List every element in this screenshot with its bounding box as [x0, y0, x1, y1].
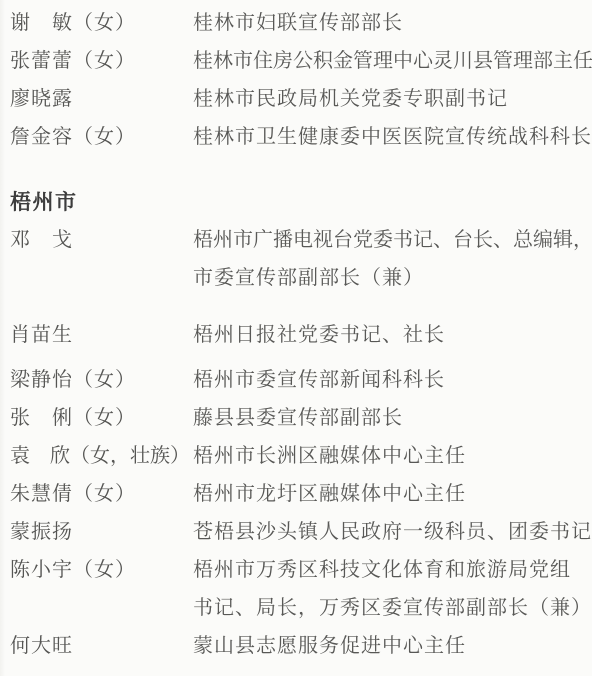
position-line: 梧州市委宣传部新闻科科长	[193, 361, 592, 399]
position-line: 桂林市住房公积金管理中心灵川县管理部主任	[193, 42, 592, 80]
entry-row: 袁 欣（女，壮族） 梧州市长洲区融媒体中心主任	[10, 437, 592, 475]
entry-name: 梁静怡（女）	[10, 361, 193, 399]
entry-position: 梧州市龙圩区融媒体中心主任	[193, 475, 592, 513]
entry-position: 梧州市广播电视台党委书记、台长、总编辑， 市委宣传部副部长（兼）	[193, 221, 592, 297]
entry-name: 詹金容（女）	[10, 118, 193, 156]
entry-row: 肖苗生 梧州日报社党委书记、社长	[10, 316, 592, 354]
position-line: 书记、局长，万秀区委宣传部副部长（兼）	[193, 589, 592, 627]
entry-name: 何大旺	[10, 627, 193, 665]
entry-position: 蒙山县志愿服务促进中心主任	[193, 627, 592, 665]
entry-row: 詹金容（女） 桂林市卫生健康委中医医院宣传统战科科长	[10, 118, 592, 156]
entry-name: 朱慧倩（女）	[10, 475, 193, 513]
position-line: 梧州市长洲区融媒体中心主任	[193, 437, 592, 475]
entry-name: 陈小宇（女）	[10, 551, 193, 589]
entry-row: 谢 敏（女） 桂林市妇联宣传部部长	[10, 4, 592, 42]
entry-position: 桂林市民政局机关党委专职副书记	[193, 80, 592, 118]
entry-row: 蒙振扬 苍梧县沙头镇人民政府一级科员、团委书记	[10, 513, 592, 551]
entry-name: 廖晓露	[10, 80, 193, 118]
position-line: 梧州日报社党委书记、社长	[193, 316, 592, 354]
entry-name: 蒙振扬	[10, 513, 193, 551]
entry-row: 梁静怡（女） 梧州市委宣传部新闻科科长	[10, 361, 592, 399]
position-line: 苍梧县沙头镇人民政府一级科员、团委书记	[193, 513, 592, 551]
entry-position: 苍梧县沙头镇人民政府一级科员、团委书记	[193, 513, 592, 551]
entry-row: 何大旺 蒙山县志愿服务促进中心主任	[10, 627, 592, 665]
entry-position: 桂林市住房公积金管理中心灵川县管理部主任	[193, 42, 592, 80]
entry-name: 张蕾蕾（女）	[10, 42, 193, 80]
entry-position: 梧州市长洲区融媒体中心主任	[193, 437, 592, 475]
position-line: 桂林市妇联宣传部部长	[193, 4, 592, 42]
entry-position: 桂林市妇联宣传部部长	[193, 4, 592, 42]
entry-name: 谢 敏（女）	[10, 4, 193, 42]
section-header-wuzhou: 梧州市	[10, 183, 592, 221]
position-line: 梧州市龙圩区融媒体中心主任	[193, 475, 592, 513]
position-line: 桂林市卫生健康委中医医院宣传统战科科长	[193, 118, 592, 156]
entry-name: 邓 戈	[10, 221, 193, 259]
entry-position: 梧州市委宣传部新闻科科长	[193, 361, 592, 399]
position-line: 蒙山县志愿服务促进中心主任	[193, 627, 592, 665]
entry-position: 梧州市万秀区科技文化体育和旅游局党组 书记、局长，万秀区委宣传部副部长（兼）	[193, 551, 592, 627]
entry-name: 肖苗生	[10, 316, 193, 354]
entry-row: 张蕾蕾（女） 桂林市住房公积金管理中心灵川县管理部主任	[10, 42, 592, 80]
entry-row: 廖晓露 桂林市民政局机关党委专职副书记	[10, 80, 592, 118]
entry-row: 张 俐（女） 藤县县委宣传部副部长	[10, 399, 592, 437]
entry-row: 邓 戈 梧州市广播电视台党委书记、台长、总编辑， 市委宣传部副部长（兼）	[10, 221, 592, 297]
position-line: 桂林市民政局机关党委专职副书记	[193, 80, 592, 118]
entry-row: 朱慧倩（女） 梧州市龙圩区融媒体中心主任	[10, 475, 592, 513]
position-line: 梧州市广播电视台党委书记、台长、总编辑，	[193, 221, 592, 259]
entry-name: 张 俐（女）	[10, 399, 193, 437]
entry-position: 藤县县委宣传部副部长	[193, 399, 592, 437]
entry-name: 袁 欣（女，壮族）	[10, 437, 193, 475]
position-line: 梧州市万秀区科技文化体育和旅游局党组	[193, 551, 592, 589]
document-page: 谢 敏（女） 桂林市妇联宣传部部长 张蕾蕾（女） 桂林市住房公积金管理中心灵川县…	[0, 0, 592, 676]
position-line: 市委宣传部副部长（兼）	[193, 259, 592, 297]
entry-position: 梧州日报社党委书记、社长	[193, 316, 592, 354]
entry-row: 陈小宇（女） 梧州市万秀区科技文化体育和旅游局党组 书记、局长，万秀区委宣传部副…	[10, 551, 592, 627]
position-line: 藤县县委宣传部副部长	[193, 399, 592, 437]
entry-position: 桂林市卫生健康委中医医院宣传统战科科长	[193, 118, 592, 156]
